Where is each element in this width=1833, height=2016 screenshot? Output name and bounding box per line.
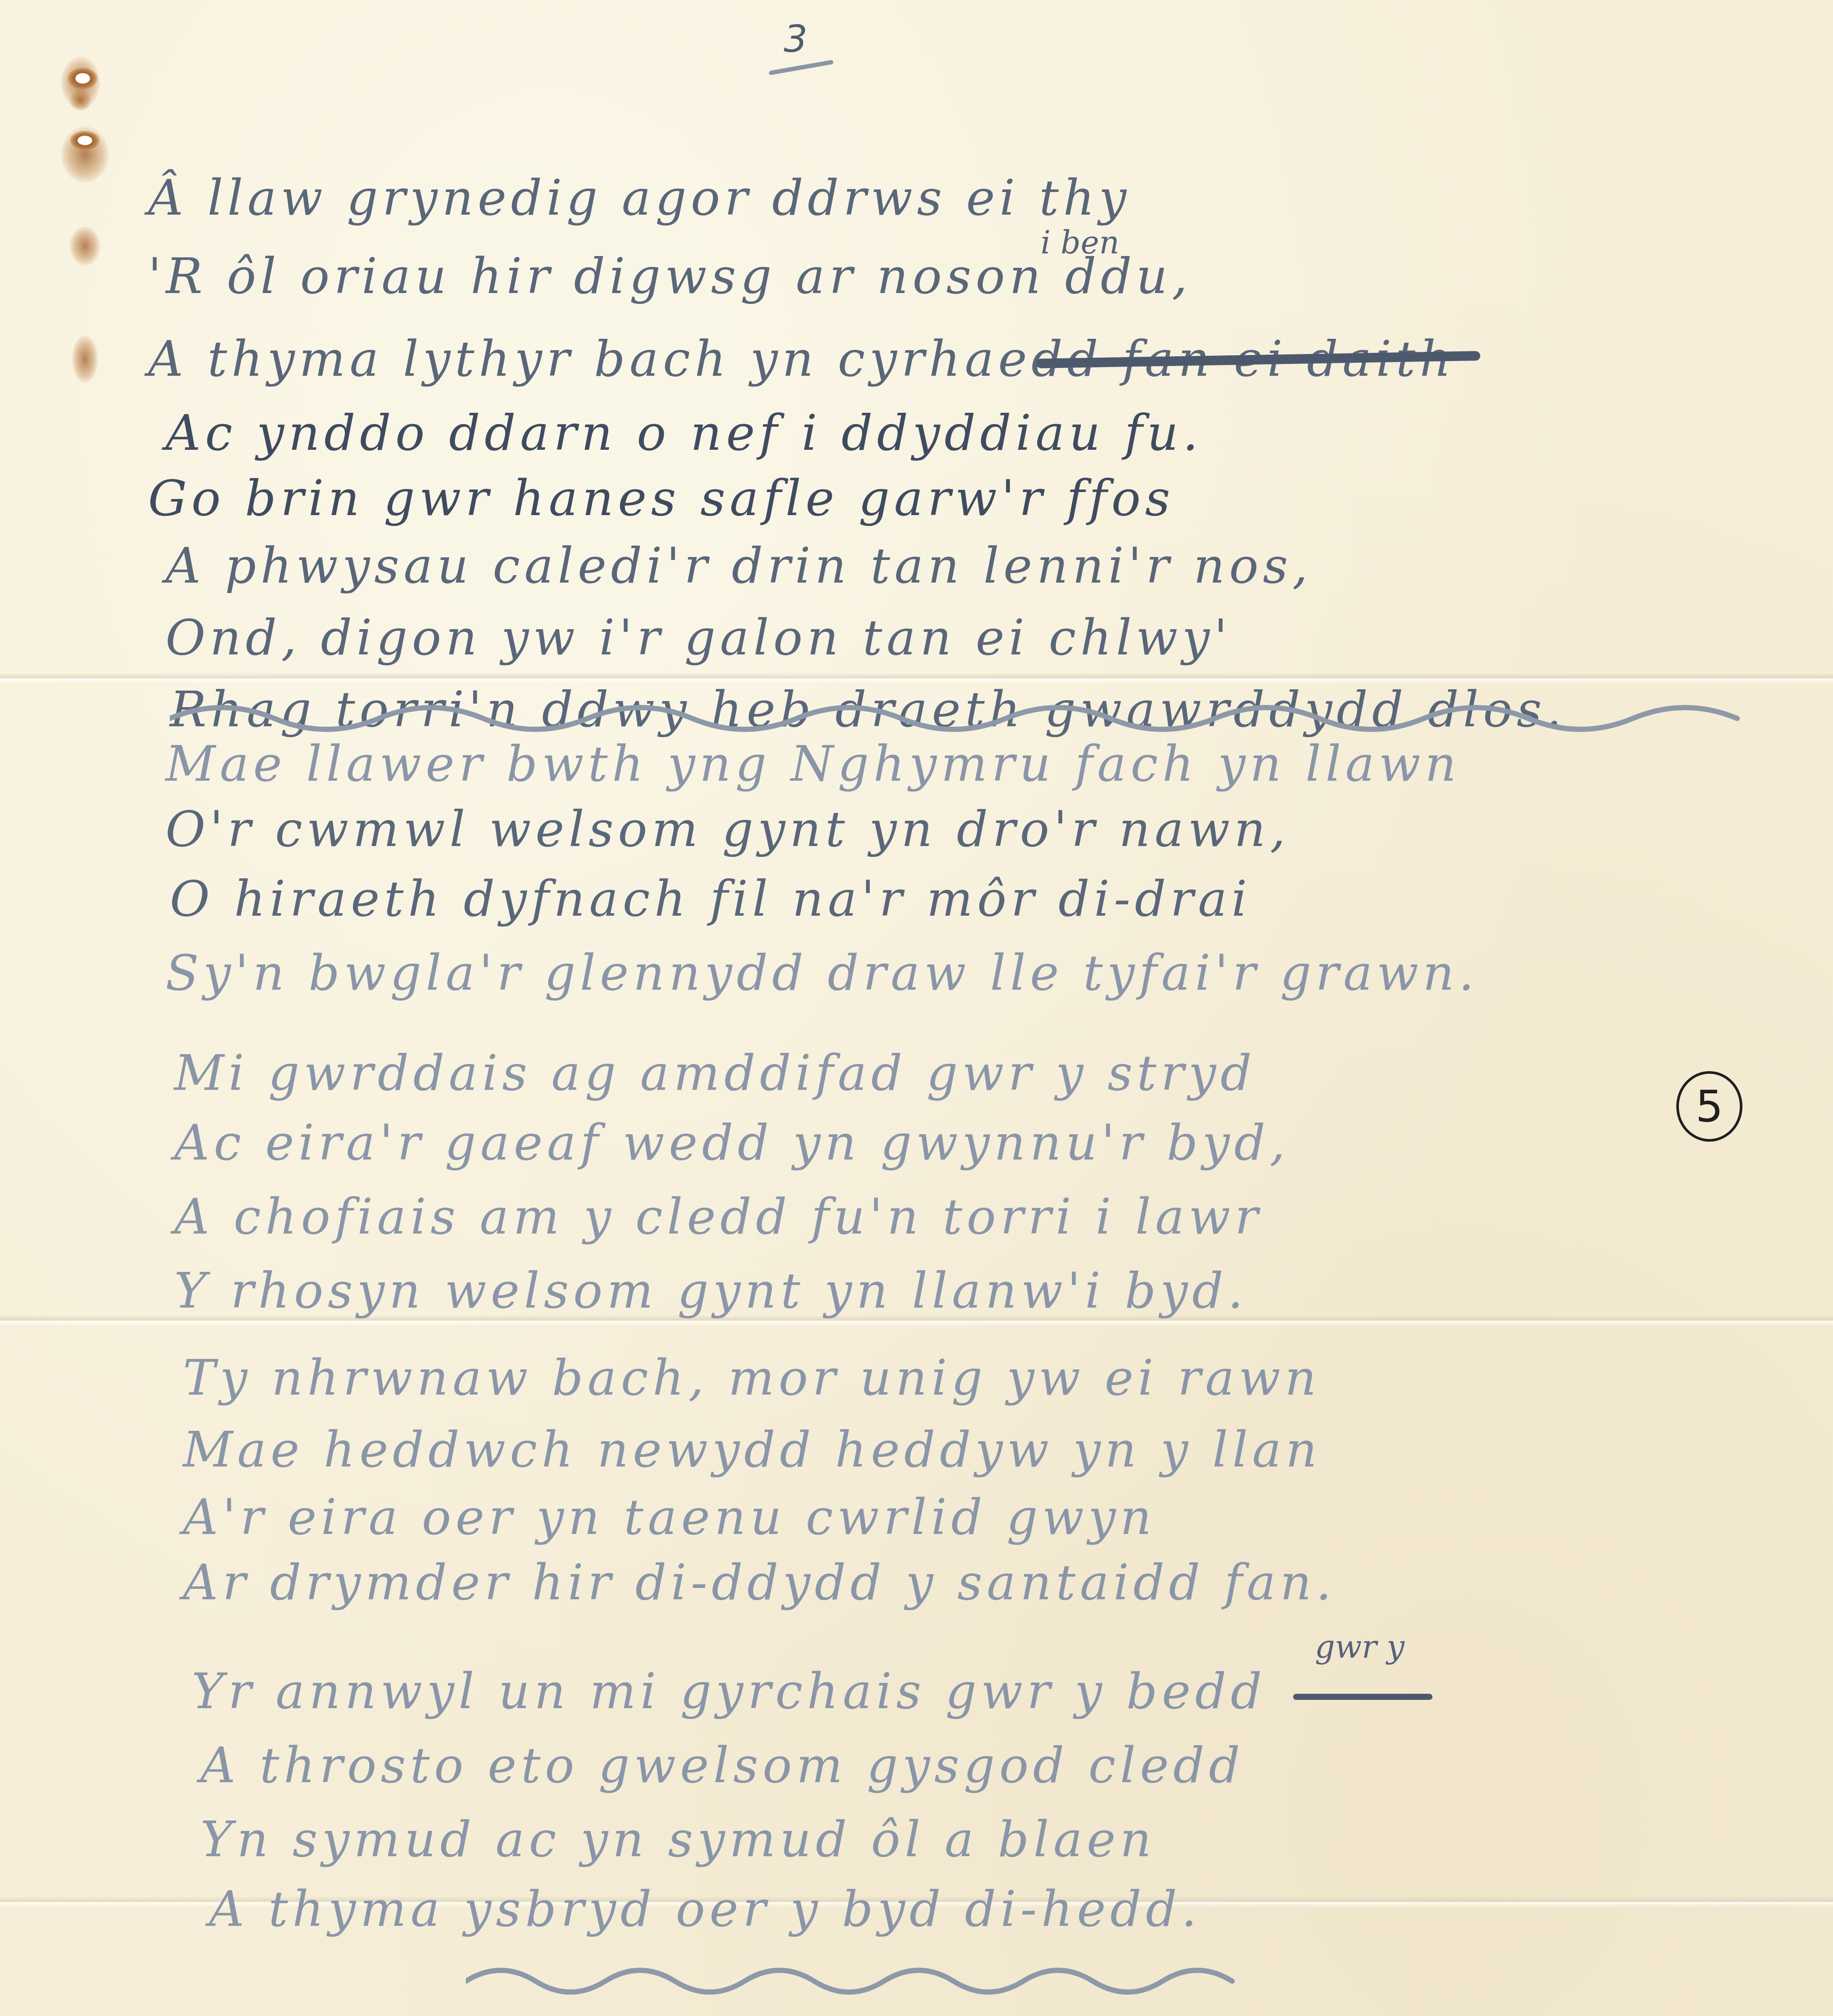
stanza-4-line-2: Ac eira'r gaeaf wedd yn gwynnu'r byd, — [174, 1115, 1290, 1171]
stanza-2-line-1: Go brin gwr hanes safle garw'r ffos — [148, 470, 1174, 527]
pinhole — [70, 131, 100, 150]
stanza-6-line-4: A thyma ysbryd oer y byd di-hedd. — [209, 1881, 1201, 1938]
stanza-6-line-3: Yn symud ac yn symud ôl a blaen — [200, 1811, 1156, 1868]
stanza-5-line-3: A'r eira oer yn taenu cwrlid gwyn — [183, 1489, 1156, 1546]
page-number: 3 — [784, 17, 808, 61]
pinhole — [67, 67, 98, 89]
rust-stain — [70, 226, 100, 266]
stanza-3-line-4: Sy'n bwgla'r glennydd draw lle tyfai'r g… — [165, 945, 1479, 1001]
stanza-5-line-2: Mae heddwch newydd heddyw yn y llan — [183, 1422, 1321, 1478]
stanza-3-line-1: Mae llawer bwth yng Nghymru fach yn llaw… — [165, 736, 1461, 792]
stanza-2-line-2: A phwysau caledi'r drin tan lenni'r nos, — [165, 538, 1312, 594]
rust-stain — [72, 335, 98, 383]
wavy-divider — [170, 688, 1824, 740]
stanza-4-line-1: Mi gwrddais ag amddifad gwr y stryd — [174, 1045, 1256, 1102]
stanza-2-line-3: Ond, digon yw i'r galon tan ei chlwy' — [165, 610, 1232, 666]
stanza-1-line-4: Ac ynddo ddarn o nef i ddyddiau fu. — [165, 405, 1203, 462]
correction-insert: gwr y — [1315, 1628, 1405, 1665]
strikethrough — [1293, 1694, 1432, 1700]
stanza-6-line-2: A throsto eto gwelsom gysgod cledd — [200, 1737, 1244, 1794]
stanza-1-line-1: Â llaw grynedig agor ddrws ei thy — [148, 170, 1131, 226]
wavy-divider — [466, 1955, 1337, 2007]
circled-margin-number: 5 — [1676, 1071, 1742, 1142]
stanza-1-line-2: 'R ôl oriau hir digwsg ar noson ddu, — [148, 248, 1192, 305]
correction-insert: i ben — [1041, 224, 1119, 261]
stanza-5-line-4: Ar drymder hir di-ddydd y santaidd fan. — [183, 1554, 1336, 1611]
stanza-3-line-2: O'r cwmwl welsom gynt yn dro'r nawn, — [165, 801, 1290, 858]
stanza-6-line-1: Yr annwyl un mi gyrchais gwr y bedd — [192, 1663, 1266, 1720]
stanza-5-line-1: Ty nhrwnaw bach, mor unig yw ei rawn — [183, 1350, 1321, 1406]
rust-stain — [70, 89, 91, 111]
stanza-4-line-3: A chofiais am y cledd fu'n torri i lawr — [174, 1189, 1262, 1245]
stanza-4-line-4: Y rhosyn welsom gynt yn llanw'i byd. — [174, 1263, 1247, 1319]
stanza-3-line-3: O hiraeth dyfnach fil na'r môr di-drai — [170, 871, 1251, 927]
